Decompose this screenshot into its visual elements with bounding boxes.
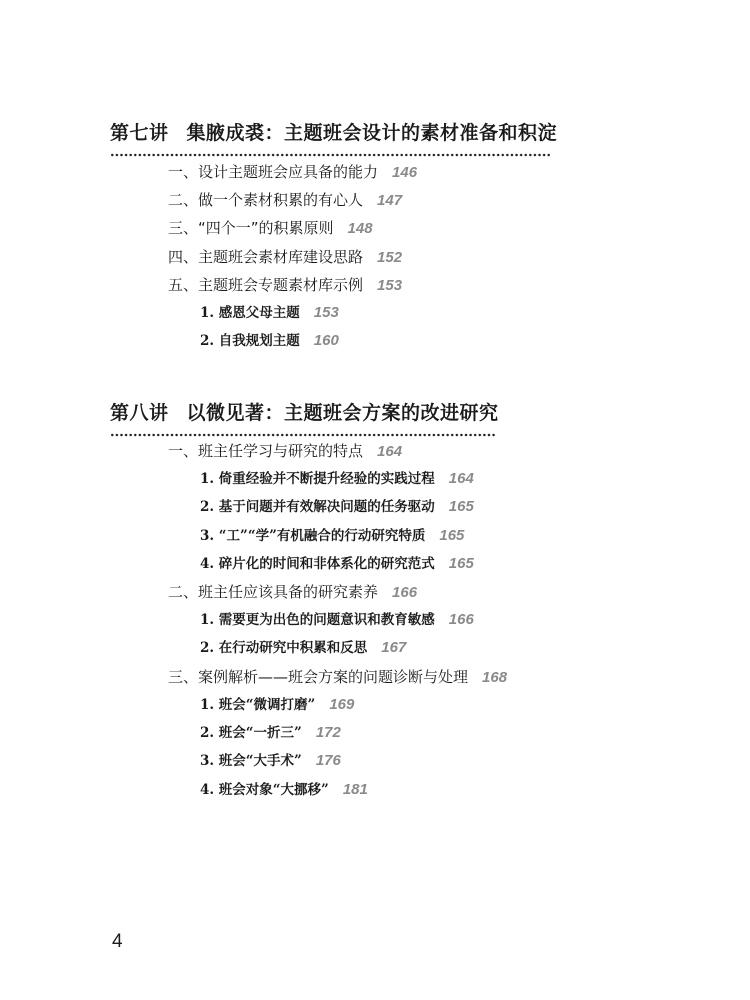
- entry-text: 二、班主任应该具备的研究素养: [168, 583, 378, 601]
- toc-subentry[interactable]: 2. 在行动研究中积累和反思167: [200, 638, 406, 658]
- toc-subentry[interactable]: 1. 班会“微调打磨”169: [200, 695, 354, 715]
- toc-entry[interactable]: 二、做一个素材积累的有心人147: [168, 190, 402, 211]
- entry-page: 165: [449, 498, 474, 515]
- toc-subentry[interactable]: 1. 倚重经验并不断提升经验的实践过程164: [200, 469, 474, 489]
- entry-page: 152: [377, 249, 402, 266]
- entry-page: 164: [377, 443, 402, 460]
- toc-subentry[interactable]: 3. “工”“学”有机融合的行动研究特质165: [200, 526, 464, 546]
- entry-page: 167: [381, 639, 406, 656]
- toc-entry[interactable]: 二、班主任应该具备的研究素养166: [168, 582, 417, 603]
- entry-text: 3. “工”“学”有机融合的行动研究特质: [200, 528, 425, 544]
- toc-subentry[interactable]: 4. 碎片化的时间和非体系化的研究范式165: [200, 554, 474, 574]
- toc-subentry[interactable]: 2. 自我规划主题160: [200, 331, 339, 351]
- entry-text: 4. 班会对象“大挪移”: [200, 782, 329, 798]
- entry-text: 2. 自我规划主题: [200, 333, 300, 349]
- chapter-label: 第七讲: [110, 122, 169, 144]
- entry-page: 164: [449, 470, 474, 487]
- toc-entry[interactable]: 一、设计主题班会应具备的能力146: [168, 162, 417, 183]
- entry-text: 1. 需要更为出色的问题意识和教育敏感: [200, 612, 435, 628]
- entry-text: 四、主题班会素材库建设思路: [168, 248, 363, 266]
- toc-subentry[interactable]: 4. 班会对象“大挪移”181: [200, 780, 368, 800]
- entry-page: 153: [314, 304, 339, 321]
- entry-page: 172: [316, 724, 341, 741]
- entry-text: 一、设计主题班会应具备的能力: [168, 163, 378, 181]
- entry-page: 153: [377, 277, 402, 294]
- entry-page: 176: [316, 752, 341, 769]
- entry-text: 1. 班会“微调打磨”: [200, 697, 315, 713]
- entry-text: 2. 在行动研究中积累和反思: [200, 640, 367, 656]
- toc-subentry[interactable]: 2. 基于问题并有效解决问题的任务驱动165: [200, 497, 474, 517]
- toc-subentry[interactable]: 3. 班会“大手术”176: [200, 751, 341, 771]
- entry-page: 147: [377, 192, 402, 209]
- entry-text: 五、主题班会专题素材库示例: [168, 276, 363, 294]
- toc-subentry[interactable]: 2. 班会“一折三”172: [200, 723, 341, 743]
- entry-page: 160: [314, 332, 339, 349]
- toc-subentry[interactable]: 1. 需要更为出色的问题意识和教育敏感166: [200, 610, 474, 630]
- chapter-8-heading: 第八讲以微见著：主题班会方案的改进研究: [110, 398, 496, 437]
- toc-entry[interactable]: 四、主题班会素材库建设思路152: [168, 247, 402, 268]
- entry-page: 166: [392, 584, 417, 601]
- entry-page: 148: [348, 220, 373, 237]
- chapter-name: 集腋成裘：主题班会设计的素材准备和积淀: [187, 122, 558, 144]
- page-number: 4: [112, 931, 123, 953]
- entry-text: 1. 感恩父母主题: [200, 305, 300, 321]
- entry-text: 二、做一个素材积累的有心人: [168, 191, 363, 209]
- chapter-label: 第八讲: [110, 402, 169, 424]
- chapter-7-heading: 第七讲集腋成裘：主题班会设计的素材准备和积淀: [110, 118, 550, 157]
- entry-text: 3. 班会“大手术”: [200, 753, 302, 769]
- entry-page: 165: [449, 555, 474, 572]
- toc-subentry[interactable]: 1. 感恩父母主题153: [200, 303, 339, 323]
- toc-entry[interactable]: 五、主题班会专题素材库示例153: [168, 275, 402, 296]
- chapter-name: 以微见著：主题班会方案的改进研究: [187, 402, 499, 424]
- toc-entry[interactable]: 三、“四个一”的积累原则148: [168, 218, 373, 239]
- dotted-divider: [110, 153, 550, 157]
- entry-text: 2. 班会“一折三”: [200, 725, 302, 741]
- entry-text: 一、班主任学习与研究的特点: [168, 442, 363, 460]
- chapter-title: 第八讲以微见著：主题班会方案的改进研究: [110, 398, 496, 425]
- entry-page: 166: [449, 611, 474, 628]
- entry-page: 168: [482, 669, 507, 686]
- dotted-divider: [110, 433, 496, 437]
- entry-page: 169: [329, 696, 354, 713]
- entry-text: 2. 基于问题并有效解决问题的任务驱动: [200, 499, 435, 515]
- toc-entry[interactable]: 三、案例解析——班会方案的问题诊断与处理168: [168, 667, 507, 688]
- entry-page: 146: [392, 164, 417, 181]
- entry-text: 4. 碎片化的时间和非体系化的研究范式: [200, 556, 435, 572]
- chapter-title: 第七讲集腋成裘：主题班会设计的素材准备和积淀: [110, 118, 550, 145]
- entry-page: 181: [343, 781, 368, 798]
- entry-text: 三、“四个一”的积累原则: [168, 219, 334, 237]
- entry-text: 1. 倚重经验并不断提升经验的实践过程: [200, 471, 435, 487]
- entry-page: 165: [439, 527, 464, 544]
- entry-text: 三、案例解析——班会方案的问题诊断与处理: [168, 668, 468, 686]
- toc-entry[interactable]: 一、班主任学习与研究的特点164: [168, 441, 402, 462]
